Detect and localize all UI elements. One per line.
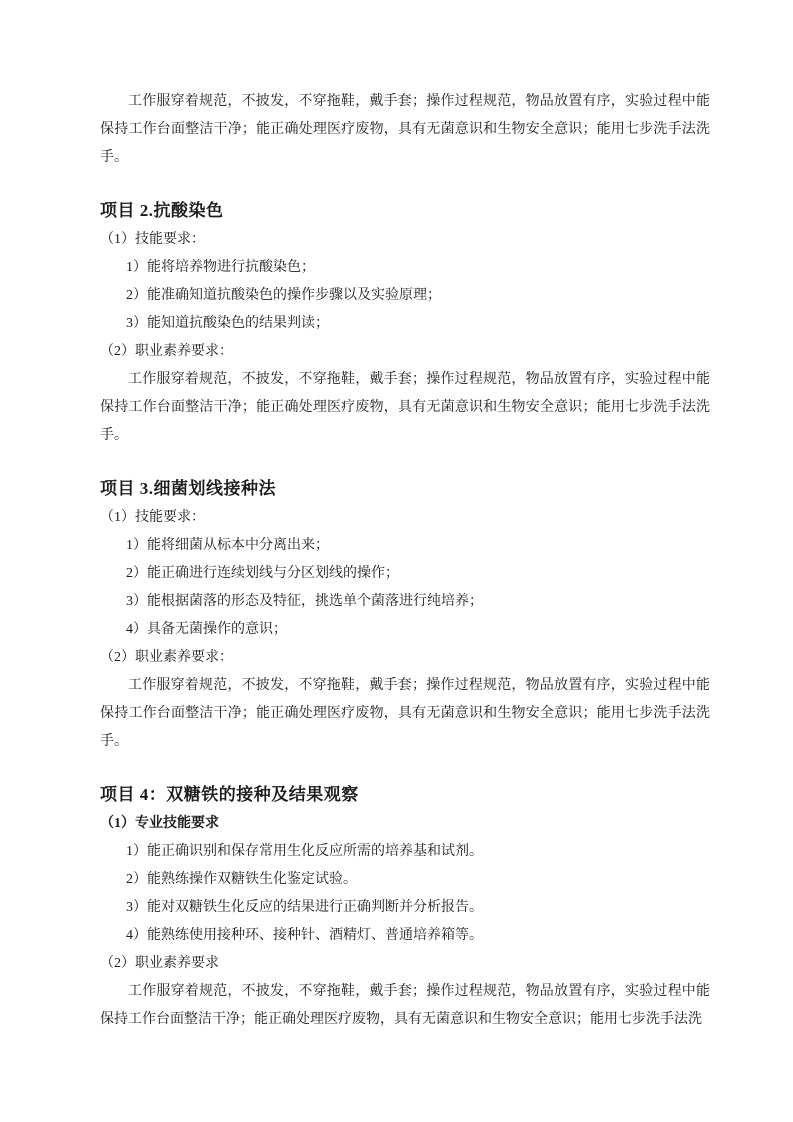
document-content: 工作服穿着规范，不披发，不穿拖鞋，戴手套；操作过程规范，物品放置有序，实验过程中… xyxy=(100,88,710,1034)
requirement-item: 2）能熟练操作双糖铁生化鉴定试验。 xyxy=(126,866,710,894)
requirement-item: 3）能根据菌落的形态及特征，挑选单个菌落进行纯培养； xyxy=(126,588,710,616)
subsection-label: （1）专业技能要求 xyxy=(100,810,710,838)
subsection-label: （2）职业素养要求： xyxy=(100,644,710,672)
body-paragraph: 工作服穿着规范，不披发，不穿拖鞋，戴手套；操作过程规范，物品放置有序，实验过程中… xyxy=(100,978,710,1034)
requirement-item: 2）能准确知道抗酸染色的操作步骤以及实验原理； xyxy=(126,282,710,310)
requirement-item: 4）能熟练使用接种环、接种针、酒精灯、普通培养箱等。 xyxy=(126,922,710,950)
requirement-item: 3）能对双糖铁生化反应的结果进行正确判断并分析报告。 xyxy=(126,894,710,922)
requirement-item: 3）能知道抗酸染色的结果判读； xyxy=(126,310,710,338)
body-paragraph: 工作服穿着规范，不披发，不穿拖鞋，戴手套；操作过程规范，物品放置有序，实验过程中… xyxy=(100,366,710,450)
body-paragraph: 工作服穿着规范，不披发，不穿拖鞋，戴手套；操作过程规范，物品放置有序，实验过程中… xyxy=(100,88,710,172)
requirement-item: 4）具备无菌操作的意识； xyxy=(126,616,710,644)
requirement-item: 1）能将细菌从标本中分离出来； xyxy=(126,532,710,560)
document-page: 工作服穿着规范，不披发，不穿拖鞋，戴手套；操作过程规范，物品放置有序，实验过程中… xyxy=(0,0,793,1122)
requirement-item: 1）能将培养物进行抗酸染色； xyxy=(126,254,710,282)
requirement-item: 1）能正确识别和保存常用生化反应所需的培养基和试剂。 xyxy=(126,838,710,866)
section-heading: 项目 2.抗酸染色 xyxy=(100,196,710,226)
section-heading: 项目 3.细菌划线接种法 xyxy=(100,474,710,504)
body-paragraph: 工作服穿着规范，不披发，不穿拖鞋，戴手套；操作过程规范，物品放置有序，实验过程中… xyxy=(100,672,710,756)
subsection-label: （2）职业素养要求： xyxy=(100,338,710,366)
subsection-label: （1）技能要求： xyxy=(100,504,710,532)
subsection-label: （1）技能要求： xyxy=(100,226,710,254)
subsection-label: （2）职业素养要求 xyxy=(100,950,710,978)
section-heading: 项目 4：双糖铁的接种及结果观察 xyxy=(100,780,710,810)
requirement-item: 2）能正确进行连续划线与分区划线的操作； xyxy=(126,560,710,588)
